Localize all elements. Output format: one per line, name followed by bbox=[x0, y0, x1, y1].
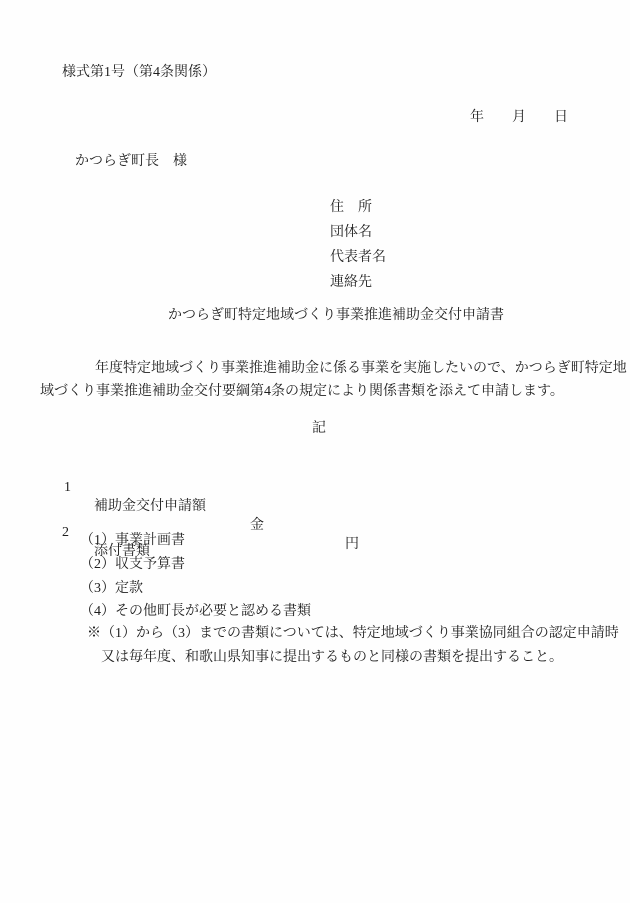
applicant-organization-label: 団体名 bbox=[330, 223, 372, 242]
attachment-item-2: （2）収支予算書 bbox=[80, 555, 185, 574]
body-paragraph-line-1: 年度特定地域づくり事業推進補助金に係る事業を実施したいので、かつらぎ町特定地 bbox=[95, 359, 627, 378]
application-form-page: 様式第1号（第4条関係） 年 月 日 かつらぎ町長 様 住 所 団体名 代表者名… bbox=[0, 0, 630, 903]
note-line-2: 又は毎年度、和歌山県知事に提出するものと同様の書類を提出すること。 bbox=[101, 648, 563, 667]
applicant-contact-label: 連絡先 bbox=[330, 273, 372, 292]
form-number-label: 様式第1号（第4条関係） bbox=[62, 63, 216, 82]
record-marker: 記 bbox=[312, 419, 326, 438]
applicant-address-label: 住 所 bbox=[330, 198, 372, 217]
attachment-item-4: （4）その他町長が必要と認める書類 bbox=[80, 602, 311, 621]
body-paragraph-line-2: 域づくり事業推進補助金交付要綱第4条の規定により関係書類を添えて申請します。 bbox=[40, 382, 564, 401]
date-line: 年 月 日 bbox=[470, 108, 568, 127]
document-title: かつらぎ町特定地域づくり事業推進補助金交付申請書 bbox=[168, 306, 504, 325]
item1-number: 1 bbox=[64, 478, 71, 497]
addressee: かつらぎ町長 様 bbox=[75, 152, 187, 171]
note-line-1: ※（1）から（3）までの書類については、特定地域づくり事業協同組合の認定申請時 bbox=[87, 624, 619, 643]
item2-number: 2 bbox=[62, 523, 69, 542]
attachment-item-1: （1）事業計画書 bbox=[80, 531, 185, 550]
attachment-item-3: （3）定款 bbox=[80, 579, 143, 598]
applicant-representative-label: 代表者名 bbox=[330, 248, 386, 267]
